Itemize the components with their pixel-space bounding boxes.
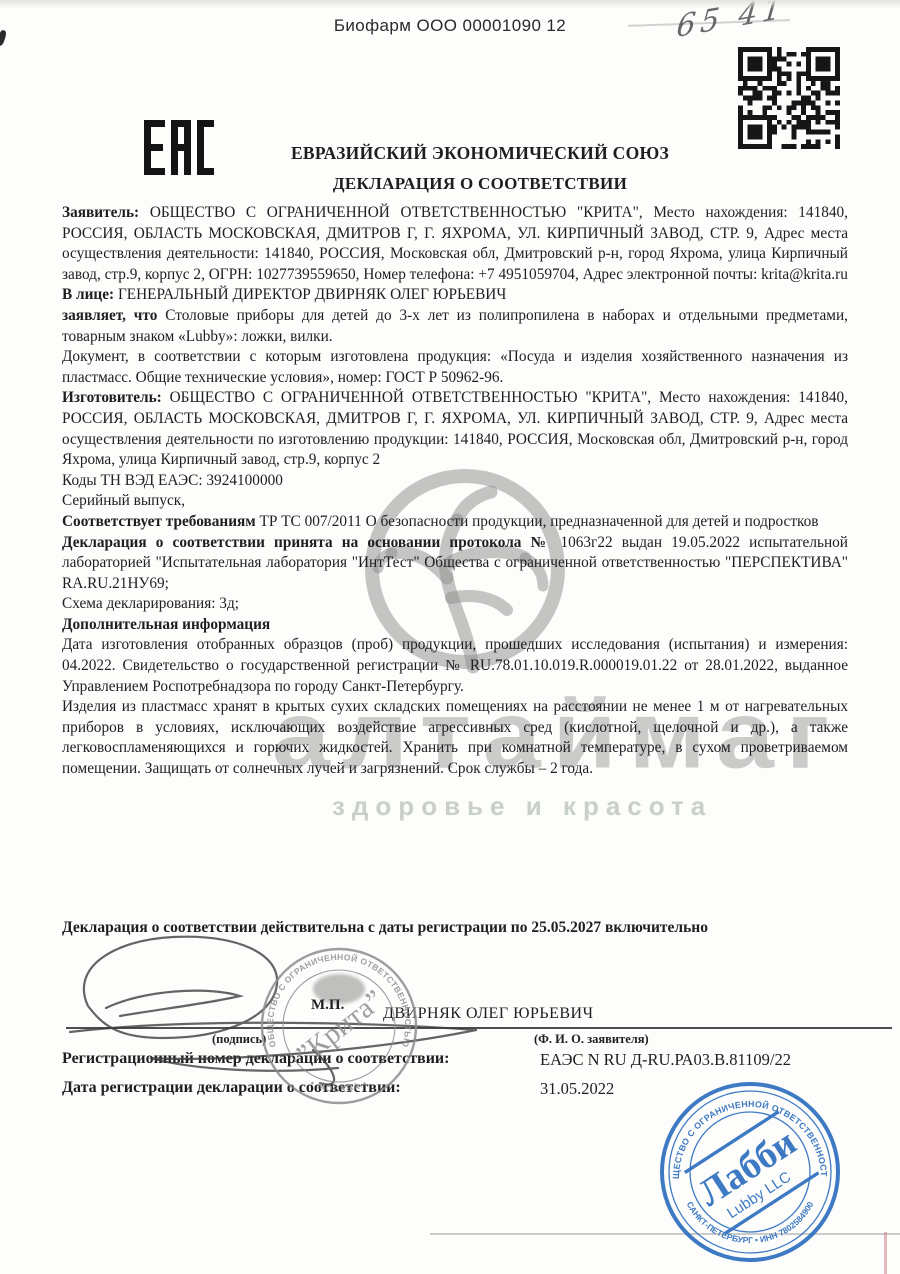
complies-label: Соответствует требованиям [62, 513, 256, 530]
document-titles: ЕВРАЗИЙСКИЙ ЭКОНОМИЧЕСКИЙ СОЮЗ ДЕКЛАРАЦИ… [230, 143, 730, 194]
line-declaration-scheme: Схема декларирования: 3д; [62, 594, 848, 615]
applicant-text: ОБЩЕСТВО С ОГРАНИЧЕННОЙ ОТВЕТСТВЕННОСТЬЮ… [62, 204, 848, 283]
line-tnved-codes: Коды ТН ВЭД ЕАЭС: 3924100000 [62, 471, 848, 492]
declaration-document-page: Биофарм ООО 00001090 12 65 41 ЕВРАЗИЙСКИ… [0, 0, 900, 1274]
paragraph-sample-date: Дата изготовления отобранных образцов (п… [62, 635, 848, 697]
paragraph-manufacturer: Изготовитель: ОБЩЕСТВО С ОГРАНИЧЕННОЙ ОТ… [62, 388, 848, 470]
svg-text:• МОСКВА •: • МОСКВА • [309, 1078, 369, 1094]
paragraph-declares: заявляет, что Столовые приборы для детей… [62, 306, 848, 347]
declares-label: заявляет, что [62, 307, 157, 324]
scan-edge-artifact [884, 1232, 887, 1274]
paragraph-declaration-basis: Декларация о соответствии принята на осн… [62, 533, 848, 595]
title-union: ЕВРАЗИЙСКИЙ ЭКОНОМИЧЕСКИЙ СОЮЗ [230, 143, 730, 164]
paragraph-complies-with: Соответствует требованиям ТР ТС 007/2011… [62, 512, 848, 533]
paragraph-applicant: Заявитель: ОБЩЕСТВО С ОГРАНИЧЕННОЙ ОТВЕТ… [62, 203, 848, 285]
basis-label: Декларация о соответствии принята на осн… [62, 534, 551, 551]
watermark-tagline-text: здоровье и красота [332, 791, 712, 822]
manufacturer-text: ОБЩЕСТВО С ОГРАНИЧЕННОЙ ОТВЕТСТВЕННОСТЬЮ… [62, 389, 848, 468]
heading-additional-info: Дополнительная информация [62, 615, 848, 636]
eac-logo-icon [144, 120, 214, 175]
paragraph-document-basis: Документ, в соответствии с которым изгот… [62, 347, 848, 388]
document-body: Заявитель: ОБЩЕСТВО С ОГРАНИЧЕННОЙ ОТВЕТ… [62, 203, 848, 780]
manufacturer-label: Изготовитель: [62, 389, 162, 406]
scan-edge-shadow [0, 0, 900, 9]
reg-date-value: 31.05.2022 [540, 1079, 614, 1099]
applicant-label: Заявитель: [62, 204, 139, 221]
fio-caption: (Ф. И. О. заявителя) [534, 1032, 649, 1047]
title-declaration: ДЕКЛАРАЦИЯ О СООТВЕТСТВИИ [230, 174, 730, 194]
qr-code-icon [738, 46, 840, 150]
grey-stamp-ring-bottom: • МОСКВА • [309, 1078, 369, 1094]
paragraph-storage: Изделия из пластмасс хранят в крытых сух… [62, 697, 848, 779]
paragraph-in-person: В лице: ГЕНЕРАЛЬНЫЙ ДИРЕКТОР ДВИРНЯК ОЛЕ… [62, 285, 848, 306]
reg-number-value: ЕАЭС N RU Д-RU.РА03.В.81109/22 [540, 1050, 791, 1070]
in-person-label: В лице: [62, 286, 114, 303]
line-serial-release: Серийный выпуск, [62, 491, 848, 512]
scan-corner-artifact [0, 29, 7, 46]
stamp-krita-grey: ОБЩЕСТВО С ОГРАНИЧЕННОЙ ОТВЕТСТВЕННОСТЬЮ… [254, 941, 424, 1111]
declares-text: Столовые приборы для детей до 3-х лет из… [62, 307, 848, 345]
stamp-lubby-blue: ОБЩЕСТВО С ОГРАНИЧЕННОЙ ОТВЕТСТВЕННОСТЬЮ… [655, 1077, 845, 1267]
in-person-text: ГЕНЕРАЛЬНЫЙ ДИРЕКТОР ДВИРНЯК ОЛЕГ ЮРЬЕВИ… [114, 286, 506, 303]
complies-text: ТР ТС 007/2011 О безопасности продукции,… [256, 513, 819, 530]
